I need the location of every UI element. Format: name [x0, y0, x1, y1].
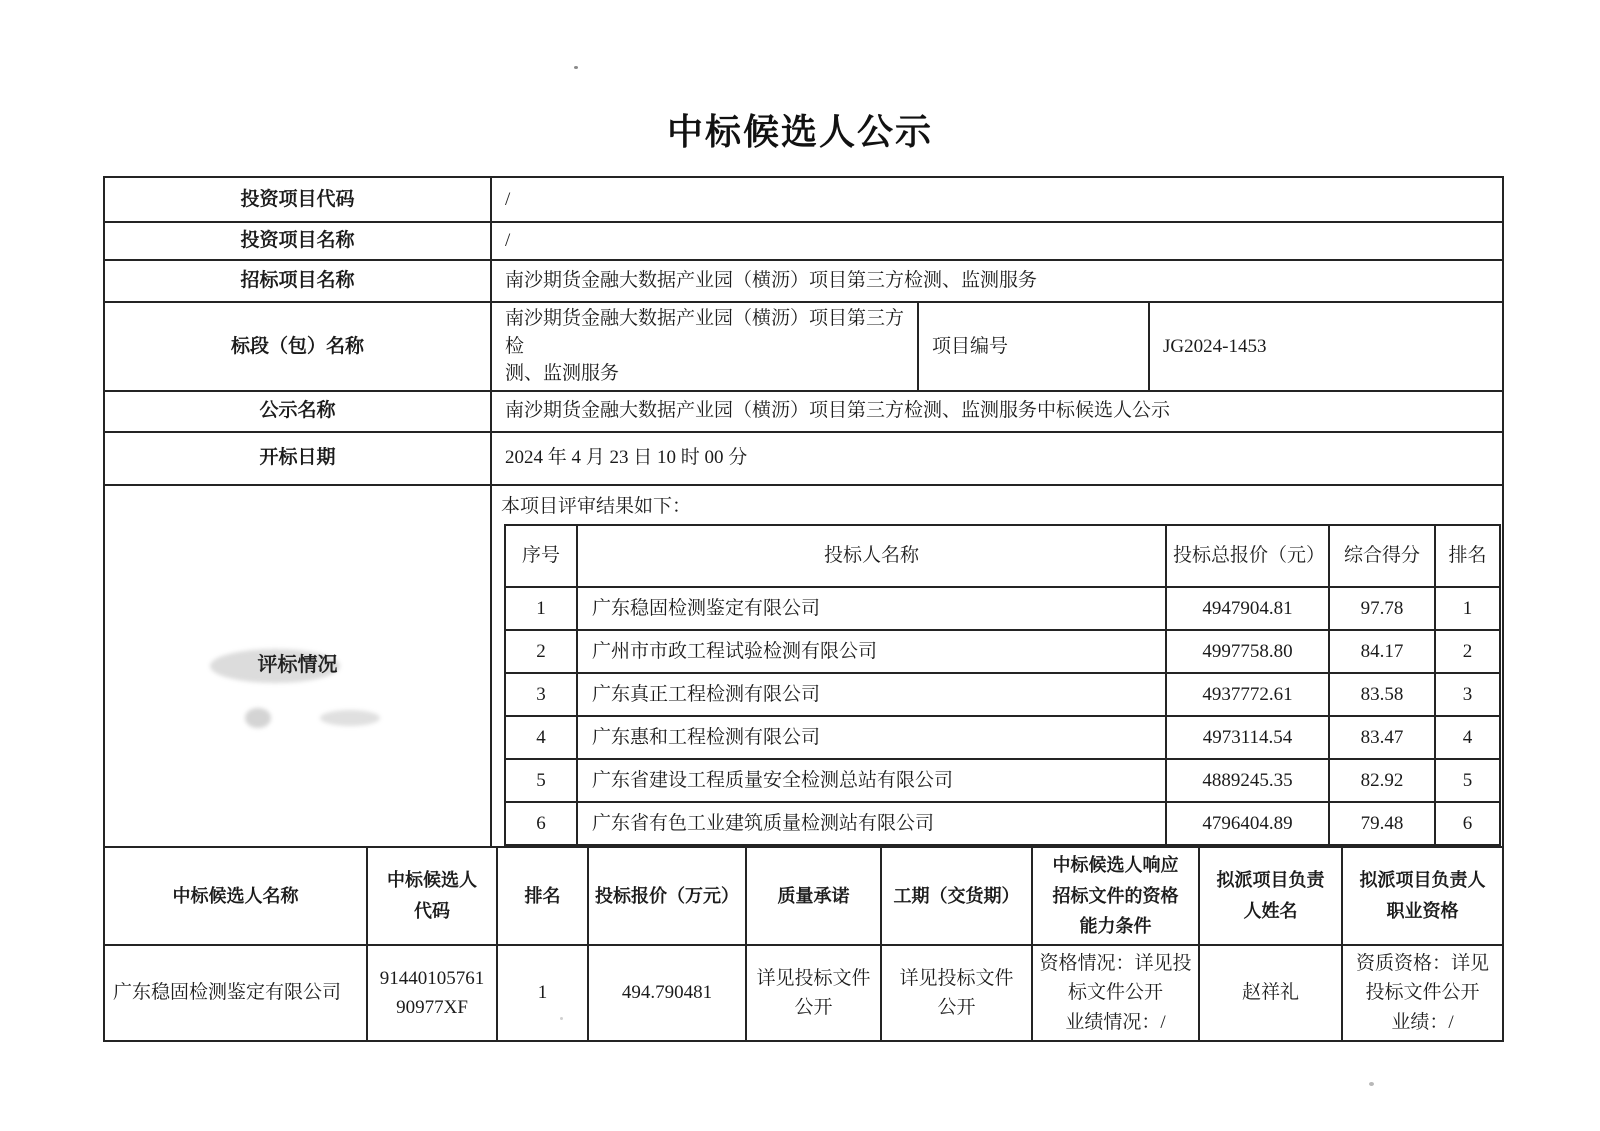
cell-bidder-name: 广东真正工程检测有限公司	[577, 673, 1166, 716]
cell-bidder-name: 广东惠和工程检测有限公司	[577, 716, 1166, 759]
cell-total-price: 4796404.89	[1166, 802, 1329, 845]
table-row: 投资项目名称 /	[104, 222, 1503, 260]
table-header-row: 中标候选人名称 中标候选人 代码 排名 投标报价（万元） 质量承诺 工期（交货期…	[104, 847, 1503, 945]
cell-score: 83.58	[1329, 673, 1435, 716]
cell-total-price: 4947904.81	[1166, 587, 1329, 630]
info-label-bid-opening-date: 开标日期	[104, 432, 491, 485]
col-header-candidate-code: 中标候选人 代码	[367, 847, 497, 945]
cell-seq: 1	[505, 587, 577, 630]
col-header-seq: 序号	[505, 525, 577, 587]
evaluation-content-cell: 本项目评审结果如下： 序号 投标人名称 投标总报价（元） 综合得分 排名 1 广…	[491, 485, 1503, 848]
cell-duration: 详见投标文件 公开	[881, 945, 1032, 1041]
col-header-qualification-conditions: 中标候选人响应 招标文件的资格 能力条件	[1032, 847, 1199, 945]
info-label-announcement-name: 公示名称	[104, 391, 491, 432]
evaluation-section: 评标情况 本项目评审结果如下： 序号 投标人名称 投标总报价（元） 综合得分 排…	[103, 484, 1504, 849]
table-row: 公示名称 南沙期货金融大数据产业园（横沥）项目第三方检测、监测服务中标候选人公示	[104, 391, 1503, 432]
col-header-total-price: 投标总报价（元）	[1166, 525, 1329, 587]
cell-rank: 4	[1435, 716, 1500, 759]
info-value-tender-project-name: 南沙期货金融大数据产业园（横沥）项目第三方检测、监测服务	[491, 260, 1503, 302]
info-label-project-number: 项目编号	[918, 302, 1149, 391]
winner-candidate-table: 中标候选人名称 中标候选人 代码 排名 投标报价（万元） 质量承诺 工期（交货期…	[103, 846, 1504, 1042]
info-label-investment-code: 投资项目代码	[104, 177, 491, 222]
col-header-score: 综合得分	[1329, 525, 1435, 587]
cell-project-leader-name: 赵祥礼	[1199, 945, 1342, 1041]
cell-bidder-name: 广州市市政工程试验检测有限公司	[577, 630, 1166, 673]
cell-quality-commitment: 详见投标文件 公开	[746, 945, 881, 1041]
cell-qualification-conditions: 资格情况：详见投 标文件公开 业绩情况：/	[1032, 945, 1199, 1041]
table-header-row: 序号 投标人名称 投标总报价（元） 综合得分 排名	[505, 525, 1500, 587]
info-label-section-name: 标段（包）名称	[104, 302, 491, 391]
info-value-bid-opening-date: 2024 年 4 月 23 日 10 时 00 分	[491, 432, 1503, 485]
cell-total-price: 4889245.35	[1166, 759, 1329, 802]
cell-rank: 2	[1435, 630, 1500, 673]
cell-seq: 3	[505, 673, 577, 716]
info-value-section-name: 南沙期货金融大数据产业园（横沥）项目第三方检 测、监测服务	[491, 302, 918, 391]
col-header-project-leader-name: 拟派项目负责 人姓名	[1199, 847, 1342, 945]
scan-speck	[574, 66, 578, 69]
table-row: 评标情况 本项目评审结果如下： 序号 投标人名称 投标总报价（元） 综合得分 排…	[104, 485, 1503, 848]
cell-bid-price: 494.790481	[588, 945, 746, 1041]
info-label-investment-name: 投资项目名称	[104, 222, 491, 260]
cell-score: 79.48	[1329, 802, 1435, 845]
document-table: 投资项目代码 / 投资项目名称 / 招标项目名称 南沙期货金融大数据产业园（横沥…	[103, 178, 1502, 1042]
evaluation-result-table: 序号 投标人名称 投标总报价（元） 综合得分 排名 1 广东稳固检测鉴定有限公司…	[504, 524, 1501, 846]
table-row: 1 广东稳固检测鉴定有限公司 4947904.81 97.78 1	[505, 587, 1500, 630]
cell-seq: 5	[505, 759, 577, 802]
cell-bidder-name: 广东省有色工业建筑质量检测站有限公司	[577, 802, 1166, 845]
info-value-announcement-name: 南沙期货金融大数据产业园（横沥）项目第三方检测、监测服务中标候选人公示	[491, 391, 1503, 432]
cell-total-price: 4997758.80	[1166, 630, 1329, 673]
cell-candidate-code: 91440105761 90977XF	[367, 945, 497, 1041]
col-header-candidate-name: 中标候选人名称	[104, 847, 367, 945]
scan-speck	[1369, 1082, 1374, 1086]
info-label-tender-project-name: 招标项目名称	[104, 260, 491, 302]
cell-seq: 4	[505, 716, 577, 759]
table-row: 5 广东省建设工程质量安全检测总站有限公司 4889245.35 82.92 5	[505, 759, 1500, 802]
cell-total-price: 4973114.54	[1166, 716, 1329, 759]
cell-total-price: 4937772.61	[1166, 673, 1329, 716]
table-row: 招标项目名称 南沙期货金融大数据产业园（横沥）项目第三方检测、监测服务	[104, 260, 1503, 302]
col-header-bidder-name: 投标人名称	[577, 525, 1166, 587]
project-info-table: 投资项目代码 / 投资项目名称 / 招标项目名称 南沙期货金融大数据产业园（横沥…	[103, 176, 1504, 486]
cell-rank: 3	[1435, 673, 1500, 716]
cell-candidate-name: 广东稳固检测鉴定有限公司	[104, 945, 367, 1041]
info-value-project-number: JG2024-1453	[1149, 302, 1503, 391]
table-row: 6 广东省有色工业建筑质量检测站有限公司 4796404.89 79.48 6	[505, 802, 1500, 845]
cell-seq: 2	[505, 630, 577, 673]
table-row: 2 广州市市政工程试验检测有限公司 4997758.80 84.17 2	[505, 630, 1500, 673]
cell-leader-qualification: 资质资格：详见 投标文件公开 业绩：/	[1342, 945, 1503, 1041]
cell-bidder-name: 广东稳固检测鉴定有限公司	[577, 587, 1166, 630]
scan-smudge	[320, 710, 380, 726]
col-header-bid-price: 投标报价（万元）	[588, 847, 746, 945]
cell-seq: 6	[505, 802, 577, 845]
cell-score: 82.92	[1329, 759, 1435, 802]
scan-smudge	[245, 708, 271, 728]
col-header-leader-qualification: 拟派项目负责人 职业资格	[1342, 847, 1503, 945]
table-row: 广东稳固检测鉴定有限公司 91440105761 90977XF 1 494.7…	[104, 945, 1503, 1041]
info-value-investment-code: /	[491, 177, 1503, 222]
cell-rank: 1	[497, 945, 588, 1041]
evaluation-intro: 本项目评审结果如下：	[492, 490, 1502, 525]
cell-rank: 6	[1435, 802, 1500, 845]
cell-rank: 1	[1435, 587, 1500, 630]
page-title: 中标候选人公示	[0, 104, 1600, 155]
col-header-rank: 排名	[1435, 525, 1500, 587]
col-header-duration: 工期（交货期）	[881, 847, 1032, 945]
table-row: 投资项目代码 /	[104, 177, 1503, 222]
col-header-rank: 排名	[497, 847, 588, 945]
cell-score: 83.47	[1329, 716, 1435, 759]
cell-bidder-name: 广东省建设工程质量安全检测总站有限公司	[577, 759, 1166, 802]
info-value-investment-name: /	[491, 222, 1503, 260]
evaluation-label: 评标情况	[258, 654, 338, 676]
cell-score: 97.78	[1329, 587, 1435, 630]
table-row: 开标日期 2024 年 4 月 23 日 10 时 00 分	[104, 432, 1503, 485]
col-header-quality-commitment: 质量承诺	[746, 847, 881, 945]
evaluation-label-cell: 评标情况	[104, 485, 491, 848]
cell-score: 84.17	[1329, 630, 1435, 673]
table-row: 3 广东真正工程检测有限公司 4937772.61 83.58 3	[505, 673, 1500, 716]
cell-rank: 5	[1435, 759, 1500, 802]
table-row: 标段（包）名称 南沙期货金融大数据产业园（横沥）项目第三方检 测、监测服务 项目…	[104, 302, 1503, 391]
table-row: 4 广东惠和工程检测有限公司 4973114.54 83.47 4	[505, 716, 1500, 759]
